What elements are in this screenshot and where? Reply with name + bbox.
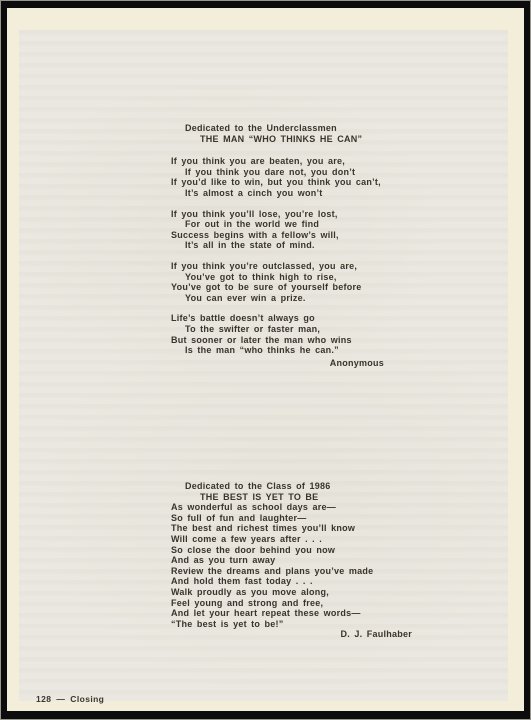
- yearbook-page: Dedicated to the Underclassmen THE MAN “…: [7, 8, 524, 711]
- poem-dedication: Dedicated to the Underclassmen: [185, 123, 431, 134]
- poem-attribution: D. J. Faulhaber: [171, 629, 431, 640]
- poem-title: THE BEST IS YET TO BE: [200, 492, 431, 503]
- poem-title: THE MAN “WHO THINKS HE CAN”: [200, 134, 431, 145]
- poem-line: And as you turn away: [171, 555, 431, 566]
- page-footer: 128—Closing: [36, 694, 104, 704]
- poem-line: Will come a few years after . . .: [171, 534, 431, 545]
- poem-line: If you’d like to win, but you think you …: [171, 177, 431, 188]
- poem-line: And let your heart repeat these words—: [171, 608, 431, 619]
- poem-line: So full of fun and laughter—: [171, 513, 431, 524]
- poem-line: Review the dreams and plans you’ve made: [171, 566, 431, 577]
- poem-line: For out in the world we find: [185, 219, 431, 230]
- poem-line: The best and richest times you’ll know: [171, 523, 431, 534]
- poem-body: As wonderful as school days are—So full …: [171, 502, 431, 629]
- poem-line: Feel young and strong and free,: [171, 598, 431, 609]
- poem-line: If you think you’re outclassed, you are,: [171, 261, 431, 272]
- poem-line: Walk proudly as you move along,: [171, 587, 431, 598]
- poem-line: You can ever win a prize.: [185, 293, 431, 304]
- poem-dedication: Dedicated to the Class of 1986: [185, 481, 431, 492]
- poem-line: You’ve got to be sure of yourself before: [171, 282, 431, 293]
- poem-line: You’ve got to think high to rise,: [185, 272, 431, 283]
- poem-line: If you think you are beaten, you are,: [171, 156, 431, 167]
- poem-line: It’s all in the state of mind.: [185, 240, 431, 251]
- poem-body: If you think you are beaten, you are,If …: [171, 156, 431, 356]
- poem-line: Life’s battle doesn’t always go: [171, 313, 431, 324]
- poem-attribution: Anonymous: [171, 358, 431, 369]
- poem-the-best-is-yet-to-be: Dedicated to the Class of 1986 THE BEST …: [171, 481, 431, 640]
- poem-line: As wonderful as school days are—: [171, 502, 431, 513]
- poem-line: Success begins with a fellow’s will,: [171, 230, 431, 241]
- poem-line: And hold them fast today . . .: [171, 576, 431, 587]
- poem-the-man-who-thinks-he-can: Dedicated to the Underclassmen THE MAN “…: [171, 123, 431, 368]
- poem-line: “The best is yet to be!”: [171, 619, 431, 630]
- poem-line: To the swifter or faster man,: [185, 324, 431, 335]
- poem-line: It’s almost a cinch you won’t: [185, 188, 431, 199]
- poem-line: Is the man “who thinks he can.”: [185, 345, 431, 356]
- section-label: Closing: [70, 694, 104, 704]
- scan-frame: Dedicated to the Underclassmen THE MAN “…: [0, 0, 531, 720]
- poem-line: If you think you’ll lose, you’re lost,: [171, 209, 431, 220]
- footer-dash: —: [56, 694, 65, 704]
- poem-line: So close the door behind you now: [171, 545, 431, 556]
- page-number: 128: [36, 694, 51, 704]
- poem-line: If you think you dare not, you don’t: [185, 167, 431, 178]
- poem-line: But sooner or later the man who wins: [171, 335, 431, 346]
